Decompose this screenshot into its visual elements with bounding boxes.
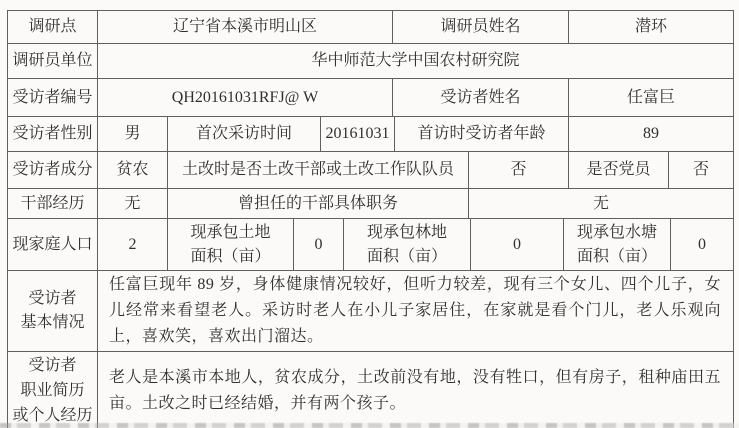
party-member-label: 是否党员 [569, 152, 669, 188]
career-history-label: 受访者 职业简历 或个人经历 [8, 352, 98, 428]
contracted-pond-label-line2: 面积（亩） [577, 245, 657, 269]
contracted-pond-value: 0 [671, 219, 733, 270]
surveyor-unit-value: 华中师范大学中国农村研究院 [98, 44, 733, 78]
table-row-surveyor-unit: 调研员单位 华中师范大学中国农村研究院 [8, 44, 733, 79]
cadre-position-label: 曾担任的干部具体职务 [168, 189, 469, 218]
surveyor-unit-label: 调研员单位 [8, 44, 98, 78]
table-row-household-land: 现家庭人口 2 现承包土地 面积（亩） 0 现承包林地 面积（亩） 0 现承包水… [8, 219, 733, 271]
respondent-id-label: 受访者编号 [8, 79, 98, 116]
basic-info-label-line1: 受访者 [28, 287, 76, 311]
survey-point-label: 调研点 [8, 11, 98, 43]
contracted-farmland-value: 0 [294, 219, 344, 270]
survey-point-value: 辽宁省本溪市明山区 [98, 11, 393, 43]
contracted-forestland-label-line1: 现承包林地 [367, 221, 447, 245]
table-row-respondent-id: 受访者编号 QH20161031RFJ@ W 受访者姓名 任富巨 [8, 79, 733, 117]
surveyor-name-label: 调研员姓名 [393, 11, 569, 43]
contracted-pond-label: 现承包水塘 面积（亩） [564, 219, 671, 270]
contracted-forestland-label: 现承包林地 面积（亩） [344, 219, 471, 270]
table-row-class-cadre-party: 受访者成分 贫农 土改时是否土改干部或土改工作队队员 否 是否党员 否 [8, 152, 733, 189]
cadre-experience-label: 干部经历 [8, 189, 98, 218]
cadre-position-value: 无 [469, 189, 733, 218]
table-row-survey-point: 调研点 辽宁省本溪市明山区 调研员姓名 潜环 [8, 11, 733, 44]
respondent-class-label: 受访者成分 [8, 152, 98, 188]
table-row-cadre-experience: 干部经历 无 曾担任的干部具体职务 无 [8, 189, 733, 219]
age-at-first-visit-label: 首访时受访者年龄 [395, 117, 569, 151]
first-interview-date-label: 首次采访时间 [168, 117, 321, 151]
household-size-label: 现家庭人口 [8, 219, 98, 270]
cadre-experience-value: 无 [98, 189, 168, 218]
age-at-first-visit-value: 89 [569, 117, 733, 151]
first-interview-date-value: 20161031 [321, 117, 395, 151]
land-reform-cadre-question-label: 土改时是否土改干部或土改工作队队员 [168, 152, 469, 188]
survey-info-table: 调研点 辽宁省本溪市明山区 调研员姓名 潜环 调研员单位 华中师范大学中国农村研… [7, 10, 734, 428]
respondent-class-value: 贫农 [98, 152, 168, 188]
scanned-form-page: 调研点 辽宁省本溪市明山区 调研员姓名 潜环 调研员单位 华中师范大学中国农村研… [0, 0, 739, 428]
basic-info-cell: 任富巨现年 89 岁，身体健康情况较好，但听力较差，现有三个女儿、四个儿子，女儿… [98, 271, 733, 351]
respondent-name-value: 任富巨 [569, 79, 733, 116]
table-row-basic-info: 受访者 基本情况 任富巨现年 89 岁，身体健康情况较好，但听力较差，现有三个女… [8, 271, 733, 352]
surveyor-name-value: 潜环 [569, 11, 733, 43]
land-reform-cadre-answer: 否 [469, 152, 569, 188]
scan-noise-edge [0, 423, 739, 428]
respondent-id-value: QH20161031RFJ@ W [98, 79, 393, 116]
career-history-label-line1: 受访者 [28, 353, 76, 378]
career-history-cell: 老人是本溪市本地人，贫农成分，土改前没有地，没有牲口，但有房子，租种庙田五亩。土… [98, 352, 733, 428]
contracted-forestland-label-line2: 面积（亩） [367, 245, 447, 269]
contracted-farmland-label-line1: 现承包土地 [190, 221, 270, 245]
contracted-forestland-value: 0 [471, 219, 564, 270]
contracted-pond-label-line1: 现承包水塘 [577, 221, 657, 245]
basic-info-label: 受访者 基本情况 [8, 271, 98, 351]
basic-info-text: 任富巨现年 89 岁，身体健康情况较好，但听力较差，现有三个女儿、四个儿子，女儿… [109, 272, 721, 350]
respondent-name-label: 受访者姓名 [393, 79, 569, 116]
party-member-answer: 否 [669, 152, 733, 188]
respondent-gender-value: 男 [98, 117, 168, 151]
respondent-gender-label: 受访者性别 [8, 117, 98, 151]
table-row-career-history: 受访者 职业简历 或个人经历 老人是本溪市本地人，贫农成分，土改前没有地，没有牲… [8, 352, 733, 428]
contracted-farmland-label-line2: 面积（亩） [190, 245, 270, 269]
table-row-gender-date-age: 受访者性别 男 首次采访时间 20161031 首访时受访者年龄 89 [8, 117, 733, 152]
contracted-farmland-label: 现承包土地 面积（亩） [168, 219, 294, 270]
career-history-label-line2: 职业简历 [20, 378, 84, 403]
basic-info-label-line2: 基本情况 [20, 311, 84, 335]
household-size-value: 2 [98, 219, 168, 270]
career-history-text: 老人是本溪市本地人，贫农成分，土改前没有地，没有牲口，但有房子，租种庙田五亩。土… [109, 365, 721, 417]
